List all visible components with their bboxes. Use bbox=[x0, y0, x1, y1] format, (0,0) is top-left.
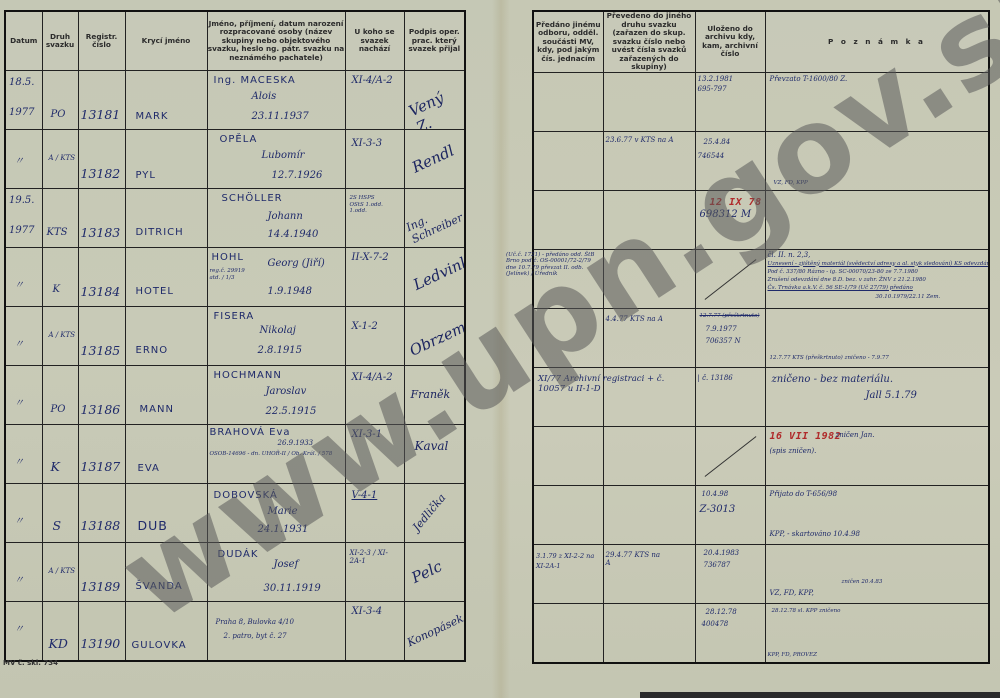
left-ledger-table: Datum Druh svazku Registr. číslo Krycí j… bbox=[4, 10, 466, 662]
table-row: 〃 PO 13186 MANN HOCHMANN Jaroslav 22.5.1… bbox=[5, 366, 465, 425]
cell-predano bbox=[533, 603, 603, 663]
cell-registr: 13185 bbox=[78, 307, 125, 366]
cell-prevedeno bbox=[603, 190, 695, 249]
table-row: 28.12.78 400478 28.12.78 sl. KPP zničeno… bbox=[533, 603, 989, 663]
cell-osoba: BRAHOVÁ Eva 26.9.1933 OSOB-14696 - dn. U… bbox=[207, 425, 345, 484]
diagonal-strike-line bbox=[704, 436, 756, 477]
cell-osoba: DOBOVSKÁ Marie 24.1.1931 bbox=[207, 484, 345, 543]
col-header-ulozeno: Uloženo do archivu kdy, kam, archivní čí… bbox=[695, 11, 765, 72]
cell-druh: K bbox=[42, 248, 78, 307]
signature: Jedlička bbox=[409, 491, 447, 533]
cell-ulozeno: 12 IX 78 698312 M bbox=[695, 190, 765, 249]
cell-predano bbox=[533, 72, 603, 131]
cell-registr: 13190 bbox=[78, 602, 125, 662]
cell-predano: 3.1.79 z XI-2-2 na XI-2A-1 bbox=[533, 544, 603, 603]
cell-druh: K bbox=[42, 425, 78, 484]
cell-kryci: EVA bbox=[125, 425, 207, 484]
cell-ulozeno: 12.7.77 (přeškrtnuto) 7.9.1977 706357 N bbox=[695, 308, 765, 367]
table-row: 18.5. 1977 PO 13181 MARK Ing. MACESKA Al… bbox=[5, 71, 465, 130]
diagonal-strike-line bbox=[704, 259, 756, 300]
cell-prevedeno bbox=[603, 72, 695, 131]
cell-u-koho: XI-3-1 bbox=[345, 425, 404, 484]
signature: Konopásek bbox=[405, 612, 465, 649]
archive-stamp: 12 IX 78 bbox=[710, 197, 762, 208]
table-row: 23.6.77 v KTS na A 25.4.84 746544 VZ, FD… bbox=[533, 131, 989, 190]
col-header-podpis: Podpis oper. prac. který svazek přijal bbox=[404, 11, 465, 71]
cell-prevedeno bbox=[603, 426, 695, 485]
cell-ulozeno: 10.4.98 Z-3013 bbox=[695, 485, 765, 544]
cell-druh: KTS bbox=[42, 189, 78, 248]
cell-predano: (Uč.č. 1721) - předáno odd. ŠtB Brno pod… bbox=[533, 249, 603, 308]
header-row: Datum Druh svazku Registr. číslo Krycí j… bbox=[5, 11, 465, 71]
table-row: 4.4.77 KTS na A 12.7.77 (přeškrtnuto) 7.… bbox=[533, 308, 989, 367]
cell-datum: 〃 bbox=[5, 307, 42, 366]
table-row: 〃 A / KTS 13185 ERNO FISERA Nikolaj 2.8.… bbox=[5, 307, 465, 366]
cell-podpis: Franěk bbox=[404, 366, 465, 425]
table-row: 10.4.98 Z-3013 Přijato do T-656/98 KPP, … bbox=[533, 485, 989, 544]
cell-podpis: Rendl bbox=[404, 130, 465, 189]
cell-osoba: Ing. MACESKA Alois 23.11.1937 bbox=[207, 71, 345, 130]
cell-podpis: Obrzemal bbox=[404, 307, 465, 366]
cell-predano bbox=[533, 308, 603, 367]
cell-osoba: FISERA Nikolaj 2.8.1915 bbox=[207, 307, 345, 366]
cell-datum: 〃 bbox=[5, 248, 42, 307]
cell-osoba: Praha 8, Bulovka 4/10 2. patro, byt č. 2… bbox=[207, 602, 345, 662]
cell-kryci: HOTEL bbox=[125, 248, 207, 307]
cell-datum: 18.5. 1977 bbox=[5, 71, 42, 130]
cell-kryci: ERNO bbox=[125, 307, 207, 366]
cell-druh: PO bbox=[42, 366, 78, 425]
table-row: 〃 K 13187 EVA BRAHOVÁ Eva 26.9.1933 OSOB… bbox=[5, 425, 465, 484]
date-stamp: 16 VII 1982 bbox=[770, 431, 842, 442]
cell-poznamka: čl. II. n. 2,3, Uznesení - zjištěný mate… bbox=[765, 249, 989, 308]
cell-registr: 13188 bbox=[78, 484, 125, 543]
table-row: (Uč.č. 1721) - předáno odd. ŠtB Brno pod… bbox=[533, 249, 989, 308]
cell-kryci: DUB bbox=[125, 484, 207, 543]
col-header-osoba: Jméno, příjmení, datum narození rozpraco… bbox=[207, 11, 345, 71]
col-header-datum: Datum bbox=[5, 11, 42, 71]
cell-prevedeno: 29.4.77 KTS na A bbox=[603, 544, 695, 603]
cell-u-koho: II-X-7-2 bbox=[345, 248, 404, 307]
cell-registr: 13183 bbox=[78, 189, 125, 248]
cell-registr: 13184 bbox=[78, 248, 125, 307]
cell-podpis: Pelc bbox=[404, 543, 465, 602]
cell-registr: 13186 bbox=[78, 366, 125, 425]
cell-registr: 13181 bbox=[78, 71, 125, 130]
table-row: 12 IX 78 698312 M bbox=[533, 190, 989, 249]
cell-podpis: Ing. Schreiber bbox=[404, 189, 465, 248]
col-header-registr: Registr. číslo bbox=[78, 11, 125, 71]
signature: Rendl bbox=[409, 141, 457, 176]
cell-predano bbox=[533, 131, 603, 190]
table-row: 〃 S 13188 DUB DOBOVSKÁ Marie 24.1.1931 V… bbox=[5, 484, 465, 543]
cell-druh: KD bbox=[42, 602, 78, 662]
cell-datum: 〃 bbox=[5, 130, 42, 189]
header-row: Předáno jinému odboru, odděl. součásti M… bbox=[533, 11, 989, 72]
cell-u-koho: X-1-2 bbox=[345, 307, 404, 366]
cell-u-koho: XI-4/A-2 bbox=[345, 366, 404, 425]
cell-druh: A / KTS bbox=[42, 543, 78, 602]
col-header-predano: Předáno jinému odboru, odděl. součásti M… bbox=[533, 11, 603, 72]
cell-druh: A / KTS bbox=[42, 130, 78, 189]
cell-kryci: MANN bbox=[125, 366, 207, 425]
cell-poznamka: 28.12.78 sl. KPP zničeno KPP, FD, PROVEZ bbox=[765, 603, 989, 663]
cell-kryci: DITRICH bbox=[125, 189, 207, 248]
col-header-kryci: Krycí jméno bbox=[125, 11, 207, 71]
cell-ulozeno: | č. 13186 bbox=[695, 367, 765, 426]
cell-prevedeno bbox=[603, 367, 695, 426]
cell-druh: A / KTS bbox=[42, 307, 78, 366]
col-header-u-koho: U koho se svazek nachází bbox=[345, 11, 404, 71]
cell-ulozeno: 28.12.78 400478 bbox=[695, 603, 765, 663]
signature: Franěk bbox=[411, 388, 451, 401]
cell-datum: 〃 bbox=[5, 543, 42, 602]
signature: Pelc bbox=[408, 557, 444, 587]
cell-registr: 13182 bbox=[78, 130, 125, 189]
cell-datum: 〃 bbox=[5, 425, 42, 484]
cell-ulozeno: 13.2.1981 695-797 bbox=[695, 72, 765, 131]
cell-podpis: Jedlička bbox=[404, 484, 465, 543]
col-header-prevedeno: Převedeno do jiného druhu svazku (zařaze… bbox=[603, 11, 695, 72]
cell-kryci: GULOVKA bbox=[125, 602, 207, 662]
col-header-druh: Druh svazku bbox=[42, 11, 78, 71]
table-row: 13.2.1981 695-797 Převzato T-1600/80 Z. bbox=[533, 72, 989, 131]
cell-registr: 13187 bbox=[78, 425, 125, 484]
scan-edge-shadow bbox=[640, 692, 1000, 698]
cell-podpis: Konopásek bbox=[404, 602, 465, 662]
cell-u-koho: XI-3-4 bbox=[345, 602, 404, 662]
cell-predano bbox=[533, 485, 603, 544]
cell-druh: PO bbox=[42, 71, 78, 130]
table-row: XI/77 Archivní registraci + č. 10057 u I… bbox=[533, 367, 989, 426]
cell-podpis: Kaval bbox=[404, 425, 465, 484]
cell-osoba: SCHÖLLER Johann 14.4.1940 bbox=[207, 189, 345, 248]
cell-kryci: MARK bbox=[125, 71, 207, 130]
book-gutter bbox=[492, 0, 510, 698]
table-row: 〃 KD 13190 GULOVKA Praha 8, Bulovka 4/10… bbox=[5, 602, 465, 662]
table-row: 〃 A / KTS 13182 PYL OPĚLA Lubomír 12.7.1… bbox=[5, 130, 465, 189]
cell-kryci: PYL bbox=[125, 130, 207, 189]
cell-u-koho: XI-2-3 / XI-2A-1 bbox=[345, 543, 404, 602]
cell-u-koho: XI-4/A-2 bbox=[345, 71, 404, 130]
cell-poznamka: VZ, FD, KPP bbox=[765, 131, 989, 190]
table-row: 〃 A / KTS 13189 ŠVANDA DUDÁK Josef 30.11… bbox=[5, 543, 465, 602]
cell-registr: 13189 bbox=[78, 543, 125, 602]
cell-poznamka bbox=[765, 190, 989, 249]
signature: Vený Z. bbox=[405, 81, 465, 129]
cell-poznamka: zničen 20.4.83 VZ, FD, KPP, bbox=[765, 544, 989, 603]
cell-poznamka: 12.7.77 KTS (přeškrtnuto) zničeno - 7.9.… bbox=[765, 308, 989, 367]
cell-predano bbox=[533, 426, 603, 485]
cell-podpis: Ledvinka bbox=[404, 248, 465, 307]
cell-osoba: HOCHMANN Jaroslav 22.5.1915 bbox=[207, 366, 345, 425]
cell-poznamka: zničeno - bez materiálu. Jall 5.1.79 bbox=[765, 367, 989, 426]
cell-datum: 〃 bbox=[5, 366, 42, 425]
table-row: 16 VII 1982 zničen Jan. (spis zničen). bbox=[533, 426, 989, 485]
signature: Kaval bbox=[415, 439, 449, 453]
cell-ulozeno bbox=[695, 426, 765, 485]
cell-ulozeno: 25.4.84 746544 bbox=[695, 131, 765, 190]
cell-prevedeno bbox=[603, 603, 695, 663]
table-row: 〃 K 13184 HOTEL HOHL Georg (Jiří) reg.č.… bbox=[5, 248, 465, 307]
cell-poznamka: 16 VII 1982 zničen Jan. (spis zničen). bbox=[765, 426, 989, 485]
cell-osoba: DUDÁK Josef 30.11.1919 bbox=[207, 543, 345, 602]
form-code: MV č. skl. 734 bbox=[3, 659, 58, 667]
cell-datum: 〃 bbox=[5, 484, 42, 543]
cell-poznamka: Přijato do T-656/98 KPP, - skartováno 10… bbox=[765, 485, 989, 544]
cell-prevedeno bbox=[603, 249, 695, 308]
signature: Ledvinka bbox=[410, 248, 465, 294]
right-ledger-table: Předáno jinému odboru, odděl. součásti M… bbox=[532, 10, 990, 664]
cell-poznamka: Převzato T-1600/80 Z. bbox=[765, 72, 989, 131]
cell-predano: XI/77 Archivní registraci + č. 10057 u I… bbox=[533, 367, 603, 426]
signature: Ing. Schreiber bbox=[404, 198, 465, 246]
cell-u-koho: V-4-1 bbox=[345, 484, 404, 543]
cell-ulozeno: 20.4.1983 736787 bbox=[695, 544, 765, 603]
signature: Obrzemal bbox=[406, 312, 465, 360]
cell-predano bbox=[533, 190, 603, 249]
col-header-poznamka: P o z n á m k a bbox=[765, 11, 989, 72]
cell-u-koho: 2S HSPS OStS 1.odd. 1.odd. bbox=[345, 189, 404, 248]
cell-u-koho: XI-3-3 bbox=[345, 130, 404, 189]
cell-kryci: ŠVANDA bbox=[125, 543, 207, 602]
cell-druh: S bbox=[42, 484, 78, 543]
cell-prevedeno bbox=[603, 485, 695, 544]
cell-ulozeno bbox=[695, 249, 765, 308]
cell-datum: 〃 bbox=[5, 602, 42, 662]
cell-osoba: OPĚLA Lubomír 12.7.1926 bbox=[207, 130, 345, 189]
cell-prevedeno: 4.4.77 KTS na A bbox=[603, 308, 695, 367]
cell-prevedeno: 23.6.77 v KTS na A bbox=[603, 131, 695, 190]
cell-datum: 19.5. 1977 bbox=[5, 189, 42, 248]
table-row: 3.1.79 z XI-2-2 na XI-2A-1 29.4.77 KTS n… bbox=[533, 544, 989, 603]
cell-osoba: HOHL Georg (Jiří) reg.č. 29919 atd. / 1/… bbox=[207, 248, 345, 307]
table-row: 19.5. 1977 KTS 13183 DITRICH SCHÖLLER Jo… bbox=[5, 189, 465, 248]
cell-podpis: Vený Z. bbox=[404, 71, 465, 130]
